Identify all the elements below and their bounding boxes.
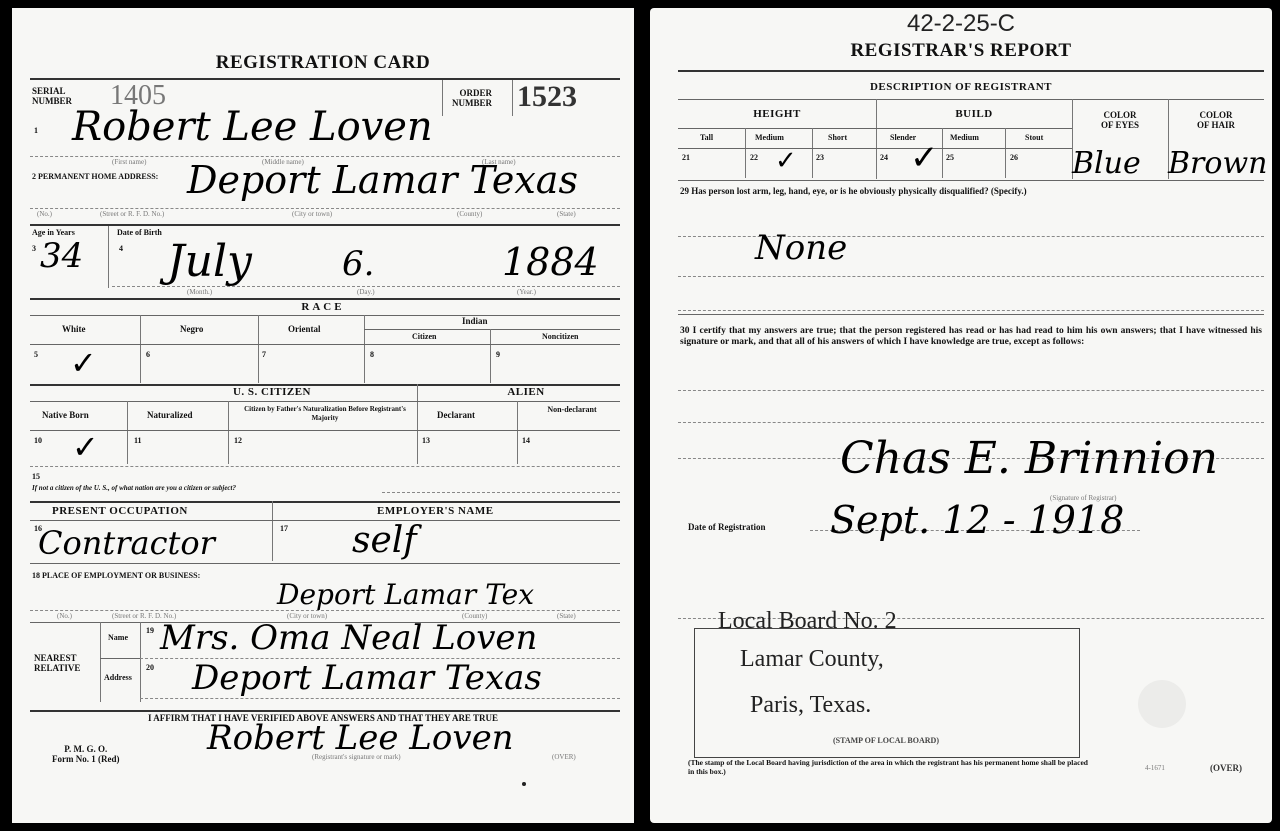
race-title: RACE bbox=[12, 301, 634, 313]
home-address: Deport Lamar Texas bbox=[187, 158, 578, 202]
stamp-line-2: Lamar County, bbox=[740, 646, 884, 673]
form-code: 4-1671 bbox=[1145, 764, 1165, 772]
dob-month: July bbox=[167, 236, 252, 287]
us-citizen-title: U. S. CITIZEN bbox=[132, 386, 412, 398]
q29-label: 29 Has person lost arm, leg, hand, eye, … bbox=[680, 186, 1260, 197]
date-of-registration-label: Date of Registration bbox=[688, 522, 765, 532]
alien-title: ALIEN bbox=[432, 386, 620, 398]
dob-day: 6. bbox=[342, 244, 374, 284]
form-label: P. M. G. O. Form No. 1 (Red) bbox=[52, 744, 119, 764]
faded-mark bbox=[1138, 680, 1186, 728]
relative-address: Deport Lamar Texas bbox=[192, 658, 542, 698]
place-of-employment-label: 18 PLACE OF EMPLOYMENT OR BUSINESS: bbox=[32, 571, 200, 580]
registration-card-back: 42-2-25-C REGISTRAR'S REPORT DESCRIPTION… bbox=[650, 8, 1272, 823]
dob-year: 1884 bbox=[502, 240, 599, 284]
card-title: REGISTRATION CARD bbox=[12, 52, 634, 74]
order-label: ORDER NUMBER bbox=[452, 88, 492, 108]
q30-certification: 30 I certify that my answers are true; t… bbox=[680, 326, 1262, 348]
white-checkmark-icon: ✓ bbox=[70, 344, 97, 382]
serial-label: SERIAL NUMBER bbox=[32, 86, 72, 106]
occupation-value: Contractor bbox=[38, 524, 215, 562]
place-of-employment-value: Deport Lamar Tex bbox=[277, 578, 534, 611]
registrant-name: Robert Lee Loven bbox=[72, 104, 433, 150]
date-of-registration-value: Sept. 12 - 1918 bbox=[830, 498, 1124, 542]
age-value: 34 bbox=[40, 236, 83, 276]
stamp-note: (The stamp of the Local Board having jur… bbox=[688, 758, 1088, 776]
occupation-title: PRESENT OCCUPATION bbox=[52, 505, 188, 517]
stamp-line-1: Local Board No. 2 bbox=[718, 608, 897, 635]
over-label: (OVER) bbox=[1210, 763, 1242, 773]
serial-code: 42-2-25-C bbox=[650, 10, 1272, 38]
registrant-signature: Robert Lee Loven bbox=[207, 718, 514, 758]
stamp-caption: (STAMP OF LOCAL BOARD) bbox=[694, 736, 1078, 745]
employer-title: EMPLOYER'S NAME bbox=[377, 505, 494, 517]
stamp-line-3: Paris, Texas. bbox=[750, 692, 871, 719]
nearest-relative-label: NEAREST RELATIVE bbox=[34, 653, 80, 673]
registration-card-front: REGISTRATION CARD SERIAL NUMBER 1405 ORD… bbox=[12, 8, 634, 823]
description-title: DESCRIPTION OF REGISTRANT bbox=[650, 81, 1272, 93]
ink-dot bbox=[522, 782, 526, 786]
q29-answer: None bbox=[755, 228, 847, 268]
employer-value: self bbox=[352, 520, 417, 561]
hair-color: Brown bbox=[1168, 146, 1267, 181]
q15-label: If not a citizen of the U. S., of what n… bbox=[32, 484, 236, 492]
eye-color: Blue bbox=[1072, 146, 1141, 181]
report-title: REGISTRAR'S REPORT bbox=[650, 40, 1272, 62]
order-number: 1523 bbox=[517, 80, 577, 114]
address-label: 2 PERMANENT HOME ADDRESS: bbox=[32, 172, 158, 181]
registrar-signature: Chas E. Brinnion bbox=[840, 433, 1218, 484]
relative-name: Mrs. Oma Neal Loven bbox=[160, 618, 537, 658]
native-born-checkmark-icon: ✓ bbox=[72, 428, 99, 466]
medium-height-checkmark-icon: ✓ bbox=[775, 146, 797, 176]
slender-build-checkmark-icon: ✓ bbox=[910, 138, 939, 178]
